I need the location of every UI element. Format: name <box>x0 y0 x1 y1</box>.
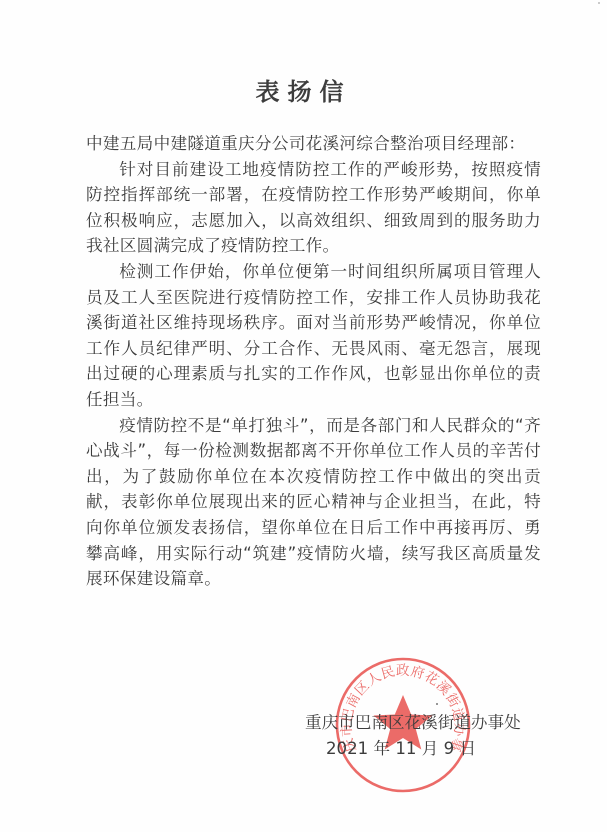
letter-page: 表扬信 中建五局中建隧道重庆分公司花溪河综合整治项目经理部： 针对目前建设工地疫… <box>0 0 607 832</box>
signature-block: 重庆市巴南区花溪街道办事处 2021 年 11 月 9 日 <box>305 710 545 762</box>
signing-date: 2021 年 11 月 9 日 <box>305 736 545 762</box>
paragraph-2: 检测工作伊始，你单位便第一时间组织所属项目管理人员及工人至医院进行疫情防控工作，… <box>86 259 541 413</box>
paragraph-1: 针对目前建设工地疫情防控工作的严峻形势，按照疫情防控指挥部统一部署，在疫情防控工… <box>86 157 541 259</box>
salutation: 中建五局中建隧道重庆分公司花溪河综合整治项目经理部： <box>86 131 541 157</box>
letter-body: 中建五局中建隧道重庆分公司花溪河综合整治项目经理部： 针对目前建设工地疫情防控工… <box>86 131 541 592</box>
paragraph-3: 疫情防控不是“单打独斗”，而是各部门和人民群众的“齐心战斗”，每一份检测数据都离… <box>86 413 541 592</box>
scan-speck <box>598 2 600 4</box>
letter-title: 表扬信 <box>0 72 607 107</box>
signing-organization: 重庆市巴南区花溪街道办事处 <box>305 710 545 736</box>
